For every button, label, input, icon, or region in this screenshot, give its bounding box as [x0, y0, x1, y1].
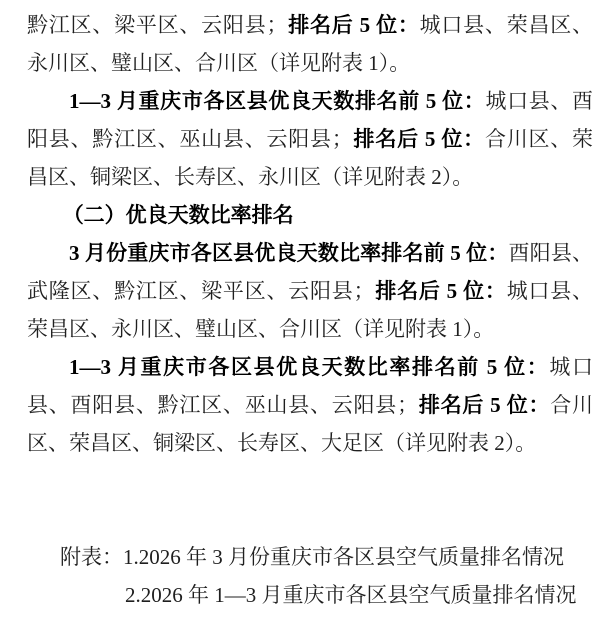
section-heading-rate-ranking: （二）优良天数比率排名 — [27, 196, 593, 234]
emphasis-run: 排名后 5 位： — [375, 279, 507, 303]
emphasis-run: 排名后 5 位： — [418, 393, 550, 417]
emphasis-run: 1—3 月重庆市各区县优良天数比率排名前 5 位： — [69, 355, 549, 379]
text-run: 1.2026 年 3 月份重庆市各区县空气质量排名情况 — [123, 545, 564, 569]
attachment-line-2: 2.2026 年 1—3 月重庆市各区县空气质量排名情况 — [27, 576, 593, 614]
emphasis-run: （二）优良天数比率排名 — [63, 203, 294, 227]
emphasis-run: 排名后 5 位： — [287, 13, 419, 37]
attachment-line-1: 附表：1.2026 年 3 月份重庆市各区县空气质量排名情况 — [27, 538, 593, 576]
document-page: 黔江区、梁平区、云阳县；排名后 5 位：城口县、荣昌区、永川区、璧山区、合川区（… — [0, 0, 600, 629]
text-run: 附表： — [60, 545, 123, 569]
emphasis-run: 排名后 5 位： — [353, 127, 485, 151]
paragraph-q1-rate-ranking: 1—3 月重庆市各区县优良天数比率排名前 5 位：城口县、酉阳县、黔江区、巫山县… — [27, 348, 593, 462]
paragraph-march-rate-ranking: 3 月份重庆市各区县优良天数比率排名前 5 位：酉阳县、武隆区、黔江区、梁平区、… — [27, 234, 593, 348]
paragraph-march-days-ranking-continuation: 黔江区、梁平区、云阳县；排名后 5 位：城口县、荣昌区、永川区、璧山区、合川区（… — [27, 6, 593, 82]
paragraph-q1-days-ranking: 1—3 月重庆市各区县优良天数排名前 5 位：城口县、酉阳县、黔江区、巫山县、云… — [27, 82, 593, 196]
text-run: 2.2026 年 1—3 月重庆市各区县空气质量排名情况 — [125, 583, 577, 607]
emphasis-run: 3 月份重庆市各区县优良天数比率排名前 5 位： — [69, 241, 509, 265]
document-body: 黔江区、梁平区、云阳县；排名后 5 位：城口县、荣昌区、永川区、璧山区、合川区（… — [27, 6, 593, 614]
emphasis-run: 1—3 月重庆市各区县优良天数排名前 5 位： — [69, 89, 485, 113]
text-run: 黔江区、梁平区、云阳县； — [27, 13, 287, 37]
